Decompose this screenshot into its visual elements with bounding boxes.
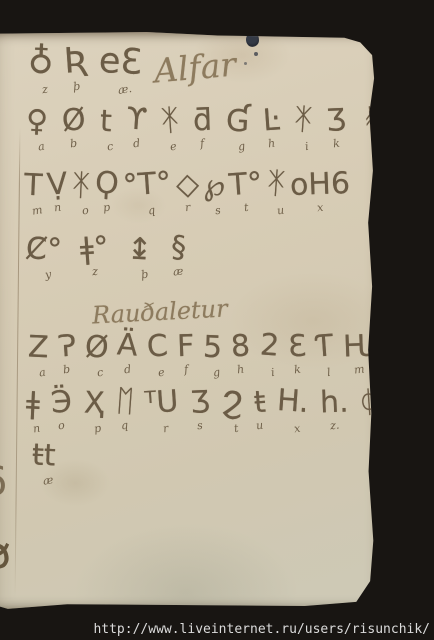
glyph-label: æ.	[117, 82, 133, 97]
glyph-cell: ŧ u	[254, 388, 266, 432]
glyph-label: a	[38, 366, 47, 380]
cipher-glyph: Ʒ	[190, 388, 211, 419]
glyph-cell: °T° q	[123, 170, 171, 214]
glyph-cell: Ɠ g	[226, 106, 249, 150]
cipher-glyph: oH6	[289, 169, 350, 201]
glyph-cell: Ҳ p	[84, 388, 105, 432]
glyph-cell: 5 g	[203, 332, 222, 376]
cipher-glyph: ŧt	[31, 441, 56, 472]
cipher-glyph: Ӭ	[50, 387, 73, 418]
cipher-glyph: Ɂ	[57, 331, 77, 362]
glyph-label: d	[132, 137, 141, 151]
glyph-label: r	[184, 201, 191, 215]
cipher-glyph: ◇	[175, 170, 199, 201]
alfar-row-m-x: T m Ṿ n ᛡ o Ϙ p °T° q ◇ r	[24, 170, 350, 214]
glyph-label: p	[93, 422, 102, 436]
raudaletur-row-n-z: ǂ n Ӭ o Ҳ p ᛖ q ᵀU r Ʒ s Ϩ	[26, 388, 378, 432]
glyph-cell: Ƕ m	[343, 332, 376, 376]
glyph-cell: Z a	[28, 332, 49, 376]
glyph-label: æ	[173, 264, 185, 278]
section-title-alfar: Alfar	[152, 44, 237, 90]
glyph-cell: ♁ z	[28, 44, 54, 93]
cipher-glyph: T	[23, 171, 43, 202]
scanned-page-photo: ♁ z Ʀ þ eƐ æ. Alfar ♀ a Ø b t	[0, 0, 434, 640]
glyph-label: c	[106, 140, 114, 154]
cipher-glyph: ƌ	[192, 106, 212, 137]
cipher-glyph: Ɠ	[225, 107, 250, 138]
cipher-glyph: 2	[259, 330, 280, 361]
glyph-label: s	[197, 419, 204, 433]
cipher-glyph: ♁	[27, 44, 54, 80]
glyph-cell: Ӭ o	[51, 388, 72, 432]
watermark-url: http://www.liveinternet.ru/users/risunch…	[93, 622, 430, 637]
glyph-cell: ᛖ q	[116, 388, 134, 432]
cipher-glyph: Z	[27, 333, 49, 364]
glyph-cell: ᛡ i	[294, 106, 312, 150]
glyph-label: m	[31, 203, 43, 217]
cipher-glyph: H.	[276, 386, 310, 418]
glyph-label: s	[214, 204, 222, 218]
glyph-label: y	[44, 268, 52, 282]
glyph-label: l	[326, 366, 332, 379]
glyph-label: l	[370, 140, 376, 153]
glyph-label: e	[169, 140, 177, 154]
glyph-cell: ᵀU r	[145, 388, 179, 432]
margin-fragment-glyph: ϧ	[0, 532, 11, 576]
ink-blot-speck	[254, 52, 258, 56]
alfar-tail-row: ♁ z Ʀ þ eƐ æ.	[28, 44, 142, 93]
cipher-glyph: ǂ°	[79, 233, 110, 265]
glyph-cell: Ϙ p	[95, 170, 119, 214]
glyph-label: þ	[140, 268, 149, 282]
cipher-glyph: ᛡ	[160, 105, 180, 136]
cipher-glyph: Ʀ	[63, 43, 90, 80]
glyph-label: k	[332, 137, 340, 151]
glyph-cell: ᛰ	[360, 388, 378, 432]
cipher-glyph: ᚮ	[359, 105, 379, 136]
glyph-cell: ↨ þ	[127, 234, 152, 278]
glyph-label: m	[353, 362, 365, 376]
cipher-glyph: t	[99, 107, 112, 137]
cipher-glyph: ŧ	[253, 388, 267, 419]
cipher-glyph: F	[176, 332, 194, 363]
glyph-label: b	[62, 363, 71, 377]
glyph-label: n	[32, 422, 41, 436]
glyph-cell: ♀ a	[26, 106, 48, 150]
glyph-cell: Ȼ° y	[26, 234, 62, 278]
glyph-cell: T° t	[229, 170, 262, 214]
cipher-glyph: Ɛ	[287, 332, 306, 363]
glyph-cell: ŧt æ	[32, 440, 56, 484]
glyph-cell: ℘ s	[204, 170, 225, 214]
glyph-cell: T m	[24, 170, 42, 214]
glyph-label: z.	[329, 418, 340, 432]
glyph-label: p	[102, 201, 111, 215]
glyph-cell: Ʒ k	[326, 106, 346, 150]
cipher-glyph: ᛡ	[266, 168, 286, 199]
glyph-cell: 2 i	[260, 332, 279, 376]
glyph-cell: § æ	[171, 234, 186, 278]
glyph-cell: Ʀ þ	[64, 44, 88, 93]
glyph-label: c	[96, 366, 104, 380]
glyph-cell: C e	[147, 332, 168, 376]
glyph-label: f	[183, 363, 189, 376]
glyph-cell: Ƭ l	[315, 332, 333, 376]
raudaletur-row-ae: ŧt æ	[32, 440, 56, 484]
cipher-glyph: ᛡ	[71, 171, 90, 202]
glyph-label: h	[267, 137, 276, 151]
cipher-glyph: ℘	[203, 171, 225, 202]
glyph-label: æ	[42, 473, 54, 487]
cipher-glyph: ᛡ	[293, 104, 313, 135]
glyph-cell: F f	[177, 332, 194, 376]
glyph-label: o	[58, 419, 66, 433]
page-fold-crease	[15, 128, 21, 598]
cipher-glyph: 5	[203, 333, 223, 364]
glyph-cell: t c	[100, 106, 112, 150]
cipher-glyph: h.	[319, 388, 349, 419]
glyph-label: t	[233, 422, 239, 436]
glyph-cell: Ʒ s	[190, 388, 210, 432]
cipher-glyph: Ϩ	[221, 389, 243, 420]
section-title-raudaletur: Rauðaletur	[91, 294, 228, 329]
glyph-cell: ǂ n	[26, 388, 40, 432]
glyph-cell: Ṿ n	[47, 170, 68, 214]
glyph-cell: Ø c	[85, 332, 109, 376]
cipher-glyph: Ȼ°	[25, 234, 62, 266]
glyph-cell: ᛡ e	[161, 106, 179, 150]
glyph-cell: ᛡ o	[72, 170, 90, 214]
glyph-cell: Ӓ d	[117, 332, 138, 376]
glyph-cell: Ɛ k	[288, 332, 306, 376]
glyph-cell: ǂ° z	[80, 234, 109, 278]
glyph-label: n	[53, 201, 62, 215]
glyph-label: q	[120, 419, 129, 433]
cipher-glyph: Ҳ	[83, 389, 105, 420]
glyph-cell: Ø b	[62, 106, 86, 150]
glyph-cell: ƌ f	[193, 106, 212, 150]
glyph-label: þ	[72, 80, 81, 94]
glyph-label: o	[81, 204, 90, 218]
cipher-glyph: ↨	[127, 234, 153, 265]
glyph-cell: ᚮ l	[360, 106, 378, 150]
glyph-cell: oH6 x	[290, 170, 350, 214]
cipher-glyph: Ϙ	[94, 168, 120, 200]
glyph-label: d	[123, 363, 132, 377]
glyph-cell: h. z.	[320, 388, 349, 432]
glyph-label: e	[157, 366, 165, 380]
cipher-glyph: ♀	[25, 107, 48, 138]
cipher-glyph: Ŀ	[262, 105, 281, 136]
glyph-label: z	[41, 83, 49, 97]
cipher-glyph: ᵀU	[144, 387, 180, 419]
glyph-cell: ᛡ u	[267, 170, 285, 214]
glyph-label: a	[37, 140, 46, 154]
glyph-label: x	[293, 422, 301, 436]
cipher-glyph: Ӓ	[116, 330, 139, 361]
glyph-label: i	[270, 366, 276, 379]
glyph-label: x	[316, 201, 324, 215]
glyph-label: q	[147, 204, 156, 218]
cipher-glyph: Ø	[61, 105, 87, 137]
cipher-glyph: ᛖ	[115, 386, 135, 417]
glyph-cell: ◇ r	[176, 170, 199, 214]
cipher-glyph: ᛰ	[359, 387, 379, 418]
glyph-label: f	[199, 137, 205, 150]
glyph-cell: eƐ æ.	[99, 44, 142, 93]
cipher-glyph: Ʒ	[325, 106, 346, 137]
cipher-glyph: Ƭ	[314, 331, 334, 362]
cipher-glyph: ϒ	[125, 104, 148, 135]
glyph-label: u	[255, 419, 264, 433]
manuscript-paper: ♁ z Ʀ þ eƐ æ. Alfar ♀ a Ø b t	[0, 32, 384, 610]
alfar-row-a-l: ♀ a Ø b t c ϒ d ᛡ e ƌ f Ɠ	[26, 106, 378, 150]
ink-blot-speck	[244, 62, 247, 65]
glyph-cell: ϒ d	[126, 106, 147, 150]
cipher-glyph: Ṿ	[46, 169, 69, 200]
glyph-label: z	[91, 265, 98, 279]
cipher-glyph: C	[146, 331, 169, 362]
glyph-label: b	[70, 137, 79, 151]
glyph-label: r	[162, 422, 169, 436]
glyph-cell: Ϩ t	[222, 388, 243, 432]
cipher-glyph: T°	[228, 169, 263, 201]
glyph-cell: H. x	[277, 388, 309, 432]
glyph-cell: Ŀ h	[263, 106, 280, 150]
glyph-label: h	[237, 363, 246, 377]
raudaletur-row-a-m: Z a Ɂ b Ø c Ӓ d C e F f 5	[28, 332, 376, 376]
glyph-label: u	[276, 204, 285, 218]
cipher-glyph: ǂ	[25, 389, 40, 420]
margin-fragment-glyph: 6	[0, 462, 7, 502]
glyph-label: t	[243, 201, 249, 214]
alfar-row-y-ae: Ȼ° y ǂ° z ↨ þ § æ	[26, 234, 186, 278]
cipher-glyph: °T°	[122, 168, 172, 201]
cipher-glyph: Ƕ	[342, 331, 376, 362]
glyph-label: g	[212, 366, 221, 380]
glyph-label: i	[304, 140, 310, 153]
glyph-label: k	[293, 363, 301, 377]
cipher-glyph: §	[170, 233, 187, 264]
glyph-cell: 8 h	[231, 332, 250, 376]
ink-blot	[246, 32, 259, 47]
cipher-glyph: Ø	[84, 332, 109, 363]
glyph-label: g	[237, 140, 246, 154]
cipher-glyph: eƐ	[98, 44, 143, 81]
glyph-cell: Ɂ b	[58, 332, 76, 376]
cipher-glyph: 8	[230, 331, 251, 362]
